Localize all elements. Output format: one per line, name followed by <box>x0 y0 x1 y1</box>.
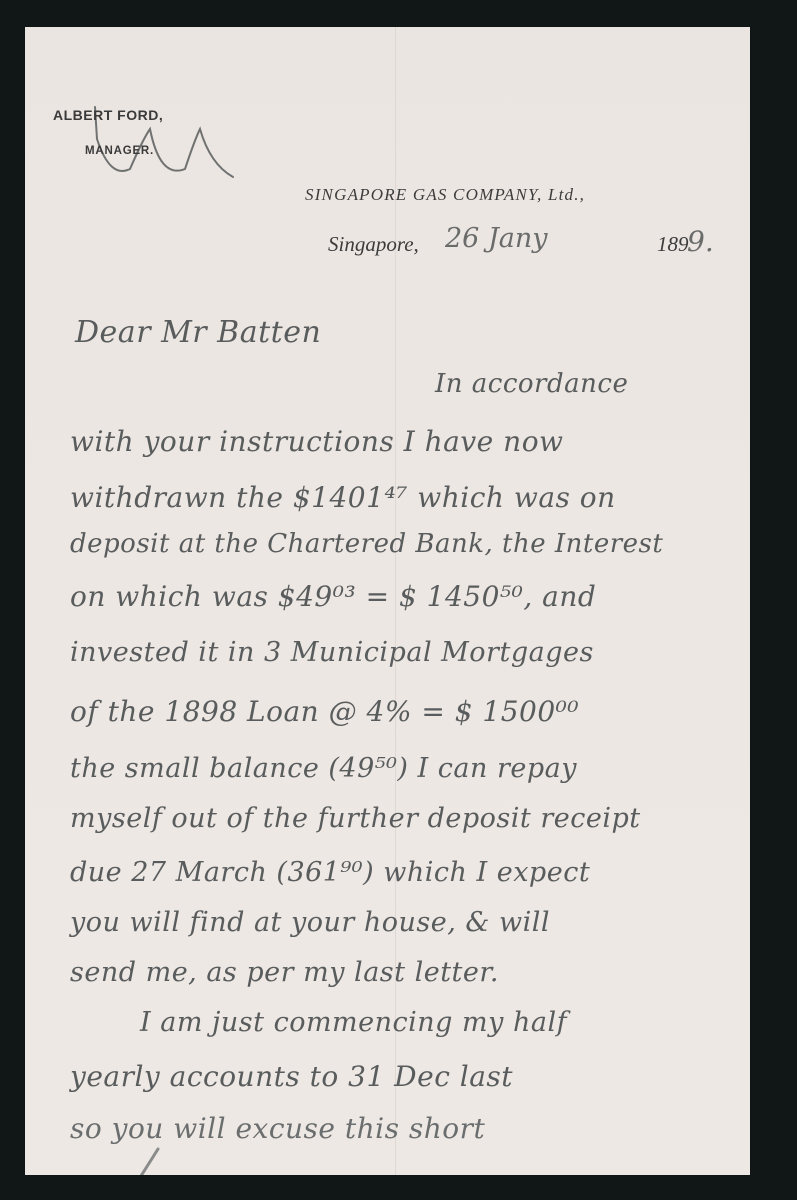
letter-line: withdrawn the $1401⁴⁷ which was on <box>70 481 616 514</box>
letter-line: the small balance (49⁵⁰) I can repay <box>70 753 577 784</box>
letter-line: myself out of the further deposit receip… <box>70 803 641 834</box>
letter-salutation: Dear Mr Batten <box>75 315 321 350</box>
letterhead-place: Singapore, <box>328 232 419 257</box>
letter-year-handwritten: 9. <box>687 225 714 258</box>
letter-line: yearly accounts to 31 Dec last <box>70 1060 513 1093</box>
letter-line: due 27 March (361⁹⁰) which I expect <box>70 857 590 888</box>
letter-line: you will find at your house, & will <box>70 907 550 938</box>
letterhead-manager-title: MANAGER. <box>85 145 154 157</box>
pen-stroke-descender-icon <box>120 1147 160 1175</box>
letter-line: so you will excuse this short <box>70 1112 485 1145</box>
letter-page: ALBERT FORD, MANAGER. SINGAPORE GAS COMP… <box>25 27 750 1175</box>
letterhead-company: SINGAPORE GAS COMPANY, Ltd., <box>305 185 585 205</box>
letter-line: In accordance <box>435 369 628 399</box>
letter-line: invested it in 3 Municipal Mortgages <box>70 637 594 668</box>
letter-line: I am just commencing my half <box>140 1007 567 1038</box>
document-viewer: ALBERT FORD, MANAGER. SINGAPORE GAS COMP… <box>0 0 797 1200</box>
letter-line: send me, as per my last letter. <box>70 957 499 988</box>
letter-line: on which was $49⁰³ = $ 1450⁵⁰, and <box>70 580 596 613</box>
letter-year-printed: 189 <box>657 232 689 257</box>
letter-line: with your instructions I have now <box>70 425 564 458</box>
letter-line: deposit at the Chartered Bank, the Inter… <box>70 529 663 559</box>
letter-date-handwritten: 26 Jany <box>445 223 548 254</box>
letter-line: of the 1898 Loan @ 4% = $ 1500⁰⁰ <box>70 695 579 728</box>
letterhead-manager-name: ALBERT FORD, <box>53 107 163 123</box>
